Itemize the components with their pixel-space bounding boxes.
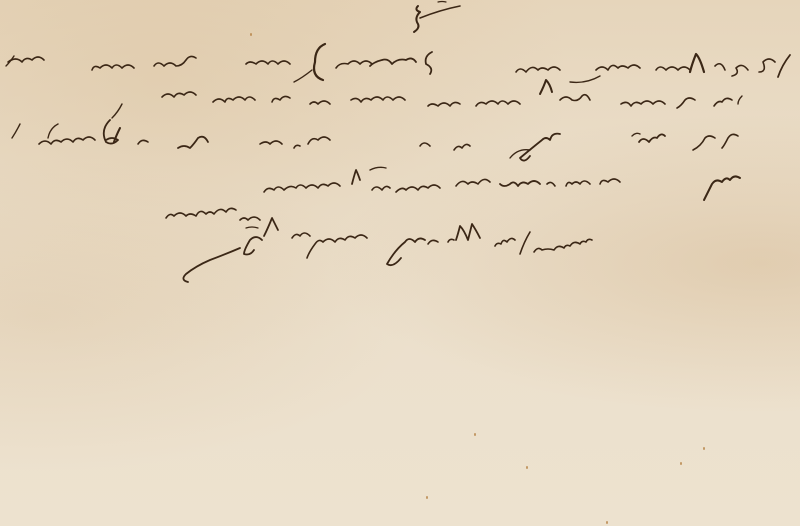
handwritten-line-2 — [112, 80, 742, 118]
paper-speck — [680, 462, 682, 465]
handwritten-line-1-text: מנסה גומר מדפסת אחרי להרב המופלג מורה ור… — [0, 0, 1, 1]
handwritten-line-2-text: יהי ה׳ מבקשים בלא מהודר דם סוף ליקרה לי — [0, 0, 1, 1]
handwritten-line-5-text: הצולרון ג׳ וואה ותג מרנה לפני — [0, 0, 1, 1]
paper-speck — [250, 33, 252, 36]
handwritten-line-3-text: חם ואלף מגן ורא. ה׳ מזיר באלסהורה יאל — [0, 0, 1, 1]
handwriting-ink — [0, 0, 800, 526]
paper-speck — [526, 466, 528, 469]
paper-speck — [703, 447, 705, 450]
paper-speck — [474, 433, 476, 436]
handwritten-line-4 — [166, 167, 740, 220]
handwritten-line-4-text: אמרי הלדי מאל ספרי רלו באמצואנו — [0, 0, 1, 1]
handwritten-line-3 — [12, 120, 738, 161]
handwritten-line-5 — [183, 218, 592, 282]
paper-speck — [426, 496, 428, 499]
header-mark-text: ב״ה — [0, 0, 1, 1]
handwritten-line-1 — [6, 44, 790, 82]
header-mark — [414, 2, 460, 33]
manuscript-page: ב״ה מנסה גומר מדפסת אחרי להרב המופלג מור… — [0, 0, 800, 526]
paper-speck — [606, 521, 608, 524]
